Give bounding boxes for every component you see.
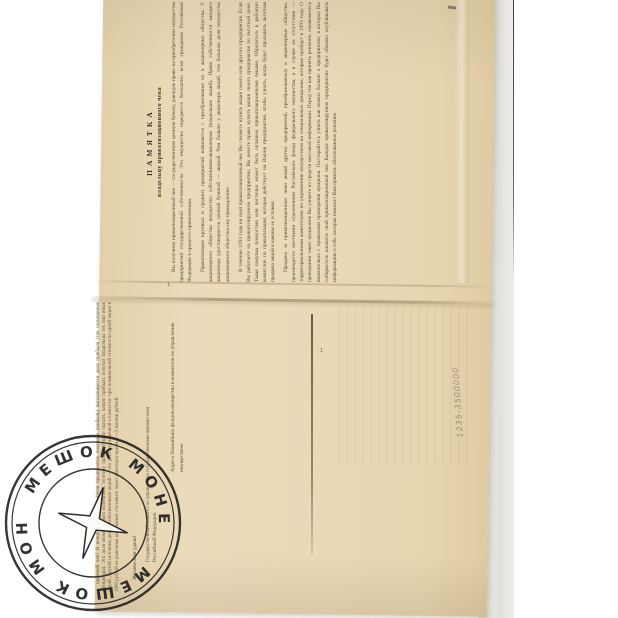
document-subtitle: владельцу приватизационного чека: [157, 2, 163, 282]
pen-line-mark: [311, 314, 313, 554]
tiny-mark-2: 1: [167, 282, 170, 288]
handwritten-number: 1235-3500000: [451, 368, 475, 440]
tiny-mark-1: 1: [320, 348, 323, 354]
vertical-crease: [455, 0, 469, 283]
scan-edge-line: [513, 0, 514, 282]
paragraph-4: Продажа за приватизационные чеки акций д…: [282, 2, 339, 282]
paragraph-3: В течение 1993 года на свой приватизацио…: [237, 2, 277, 282]
front-page-text-band: ПАМЯТКА владельцу приватизационного чека…: [145, 2, 457, 282]
meshok-monet-watermark-stamp: МЕШОК МОНЕТ МЕШОК МОНЕТ: [0, 424, 192, 618]
paragraph-2: Приватизация крупных и средних предприят…: [199, 2, 231, 282]
paragraph-1: Вы получили приватизационный чек — госуд…: [170, 2, 194, 282]
star-icon: [48, 478, 138, 569]
document-title: ПАМЯТКА: [145, 2, 154, 282]
scanned-document-photo: ПАМЯТКА владельцу приватизационного чека…: [0, 0, 618, 618]
